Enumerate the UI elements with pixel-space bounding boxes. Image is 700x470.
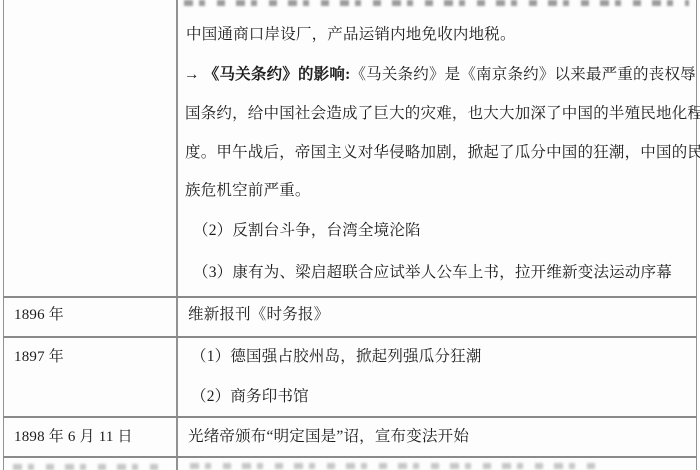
table-right-border <box>696 0 697 470</box>
content-line: 维新报刊《时务报》 <box>188 305 329 325</box>
content-line: （1）德国强占胶州岛，掀起列强瓜分狂潮 <box>191 347 482 367</box>
date-cell-1897: 1897 年 <box>14 347 64 367</box>
table-column-divider <box>176 0 178 470</box>
content-line: （2）反割台斗争，台湾全境沦陷 <box>193 221 421 241</box>
content-line: （3）康有为、梁启超联合应试举人公车上书，拉开维新变法运动序幕 <box>193 263 672 283</box>
content-line: 光绪帝颁布“明定国是”诏，宣布变法开始 <box>188 427 469 447</box>
date-cell-1896: 1896 年 <box>14 305 64 325</box>
table-row-border <box>3 296 697 298</box>
content-line-rest: 《马关条约》是《南京条约》以来最严重的丧权辱 <box>350 66 695 83</box>
content-line: → 《马关条约》的影响:《马关条约》是《南京条约》以来最严重的丧权辱 <box>184 65 696 85</box>
content-line: （2）商务印书馆 <box>191 387 309 407</box>
table-left-border <box>3 0 4 470</box>
cropped-text-remnant-bottom-date <box>13 464 163 470</box>
table-row-border <box>3 416 697 418</box>
table-row-border <box>3 336 697 338</box>
date-cell-1898-06-11: 1898 年 6 月 11 日 <box>14 427 133 447</box>
content-line: 国条约，给中国社会造成了巨大的灾难，也大大加深了中国的半殖民地化程 <box>185 104 700 124</box>
content-line: 中国通商口岸设厂，产品运销内地免收内地税。 <box>186 25 516 45</box>
content-line: 度。甲午战后，帝国主义对华侵略加剧，掀起了瓜分中国的狂潮，中国的民 <box>185 143 700 163</box>
timeline-table-page: 中国通商口岸设厂，产品运销内地免收内地税。 → 《马关条约》的影响:《马关条约》… <box>0 0 700 470</box>
content-line-bold-lead: → 《马关条约》的影响: <box>184 66 350 83</box>
cropped-text-remnant-top <box>184 0 689 6</box>
table-row-border <box>3 456 697 458</box>
cropped-text-remnant-bottom-content <box>190 463 600 469</box>
content-line: 族危机空前严重。 <box>185 181 311 201</box>
